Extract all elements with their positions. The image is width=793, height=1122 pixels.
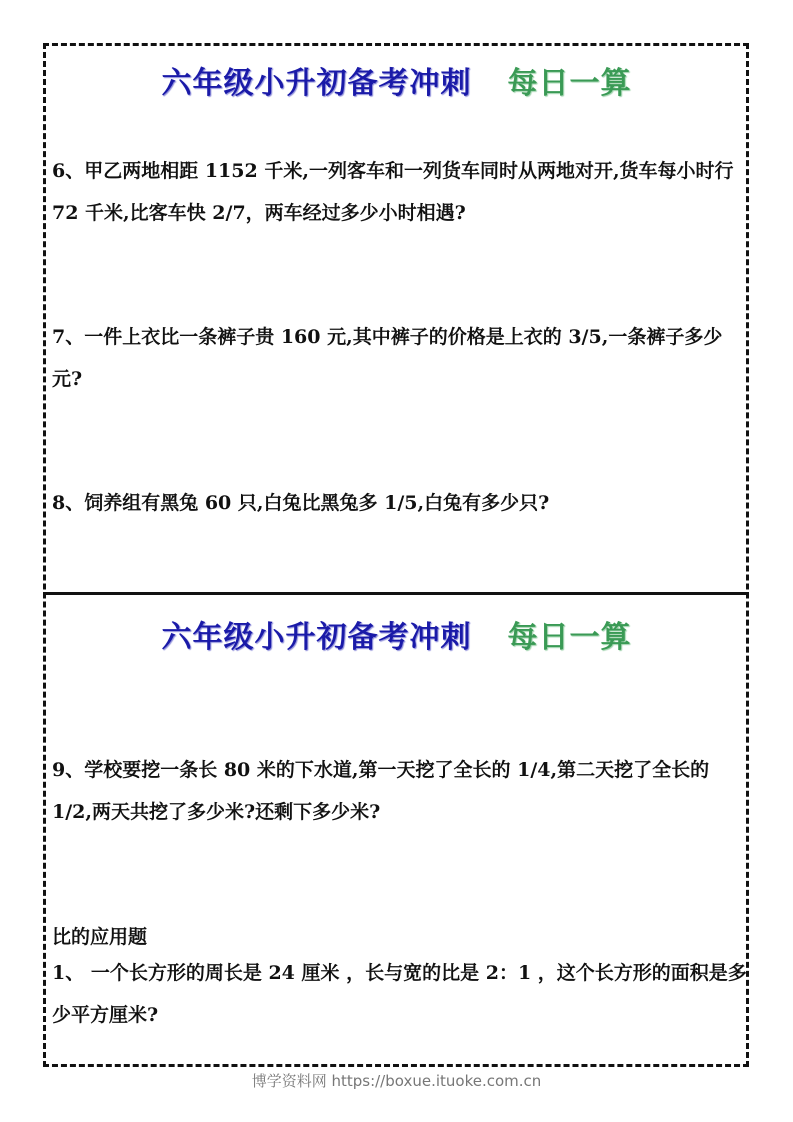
footer-watermark: 博学资料网 https://boxue.ituoke.com.cn — [0, 1070, 793, 1091]
section-heading: 比的应用题 — [52, 922, 147, 949]
card-divider — [43, 592, 749, 595]
question-8: 8、饲养组有黑兔 60 只,白兔比黑兔多 1/5,白兔有多少只? — [52, 482, 747, 524]
card-1-title: 六年级小升初备考冲刺每日一算 — [0, 58, 793, 102]
ratio-question-1: 1、 一个长方形的周长是 24 厘米 ，长与宽的比是 2：1 ，这个长方形的面积… — [52, 952, 747, 1036]
title-main: 六年级小升初备考冲刺 — [162, 620, 472, 655]
title-main: 六年级小升初备考冲刺 — [162, 66, 472, 101]
title-sub: 每日一算 — [508, 620, 632, 655]
title-sub: 每日一算 — [508, 66, 632, 101]
question-9: 9、学校要挖一条长 80 米的下水道,第一天挖了全长的 1/4,第二天挖了全长的… — [52, 749, 747, 833]
question-6: 6、甲乙两地相距 1152 千米,一列客车和一列货车同时从两地对开,货车每小时行… — [52, 150, 747, 234]
card-2-title: 六年级小升初备考冲刺每日一算 — [0, 612, 793, 656]
question-7: 7、一件上衣比一条裤子贵 160 元,其中裤子的价格是上衣的 3/5,一条裤子多… — [52, 316, 747, 400]
